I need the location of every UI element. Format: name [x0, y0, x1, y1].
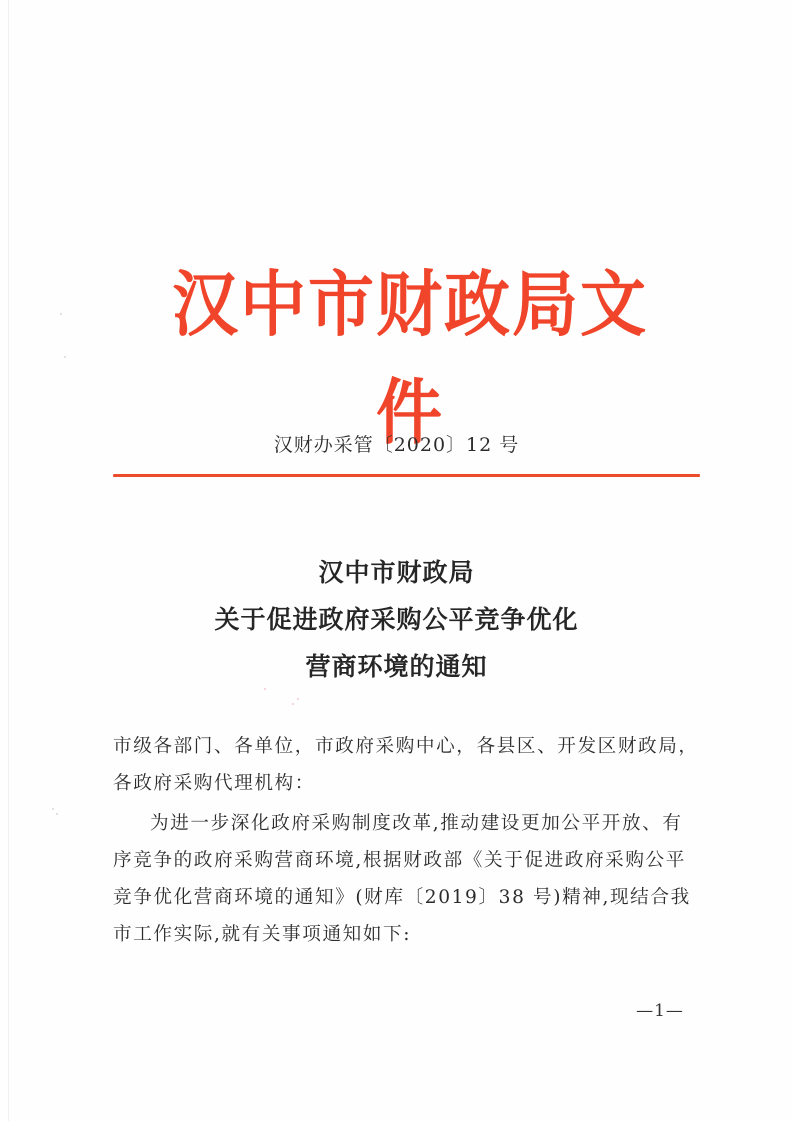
paragraph-line: 为进一步深化政府采购制度改革,推动建设更加公平开放、有: [113, 805, 705, 842]
document-title: 汉中市财政局 关于促进政府采购公平竞争优化 营商环境的通知: [0, 549, 793, 690]
paragraph-line: 市工作实际,就有关事项通知如下:: [113, 916, 705, 953]
scan-speck: [292, 703, 294, 705]
paragraph-line: 序竞争的政府采购营商环境,根据财政部《关于促进政府采购公平: [113, 842, 705, 879]
scan-speck: [64, 356, 66, 358]
page-number: —1—: [620, 1001, 700, 1021]
salutation-line: 各政府采购代理机构：: [113, 765, 705, 802]
title-line: 关于促进政府采购公平竞争优化: [0, 596, 793, 643]
salutation-line: 市级各部门、各单位，市政府采购中心，各县区、开发区财政局，: [113, 728, 705, 765]
scan-speck: [60, 313, 62, 315]
scan-speck: [52, 808, 54, 810]
salutation: 市级各部门、各单位，市政府采购中心，各县区、开发区财政局， 各政府采购代理机构：: [113, 728, 705, 802]
document-page: 汉中市财政局文件 汉财办采管〔2020〕12 号 汉中市财政局 关于促进政府采购…: [0, 0, 793, 1121]
red-divider-rule: [113, 474, 700, 477]
paragraph-line: 竞争优化营商环境的通知》(财库〔2019〕38 号)精神,现结合我: [113, 879, 705, 916]
title-line: 汉中市财政局: [0, 549, 793, 596]
body-paragraph: 为进一步深化政府采购制度改革,推动建设更加公平开放、有 序竞争的政府采购营商环境…: [113, 805, 705, 953]
scan-speck: [56, 813, 58, 815]
document-number: 汉财办采管〔2020〕12 号: [0, 432, 793, 458]
title-line: 营商环境的通知: [0, 643, 793, 690]
scan-speck: [297, 698, 299, 700]
